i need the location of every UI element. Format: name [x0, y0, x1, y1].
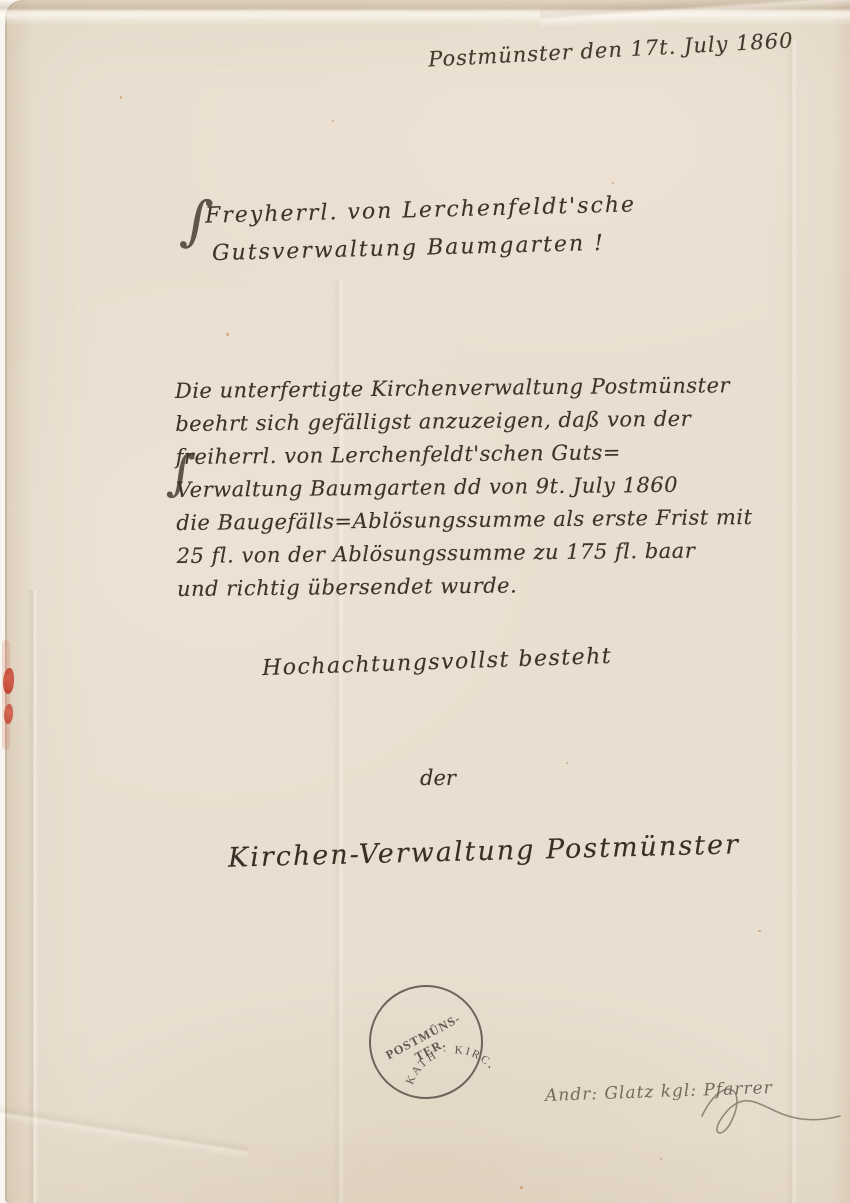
foxing-speck	[120, 96, 122, 99]
letter-body: Die unterfertigte Kirchenverwaltung Post…	[175, 373, 754, 610]
wax-smear	[2, 640, 10, 750]
foxing-speck	[660, 1158, 662, 1160]
closing-article: der	[420, 766, 456, 790]
church-administration-stamp: KATH · KIRCHENVERWALTUNG POSTMÜNS- TER.	[362, 980, 490, 1104]
foxing-speck	[566, 762, 568, 764]
foxing-speck	[520, 1186, 523, 1189]
foxing-speck	[758, 930, 761, 932]
letter-scan: Postmünster den 17t. July 1860 ∫ Freyher…	[0, 0, 850, 1203]
foxing-speck	[226, 333, 229, 336]
foxing-speck	[612, 182, 614, 184]
body-line: und richtig übersendet wurde.	[177, 571, 754, 610]
foxing-speck	[332, 120, 334, 122]
